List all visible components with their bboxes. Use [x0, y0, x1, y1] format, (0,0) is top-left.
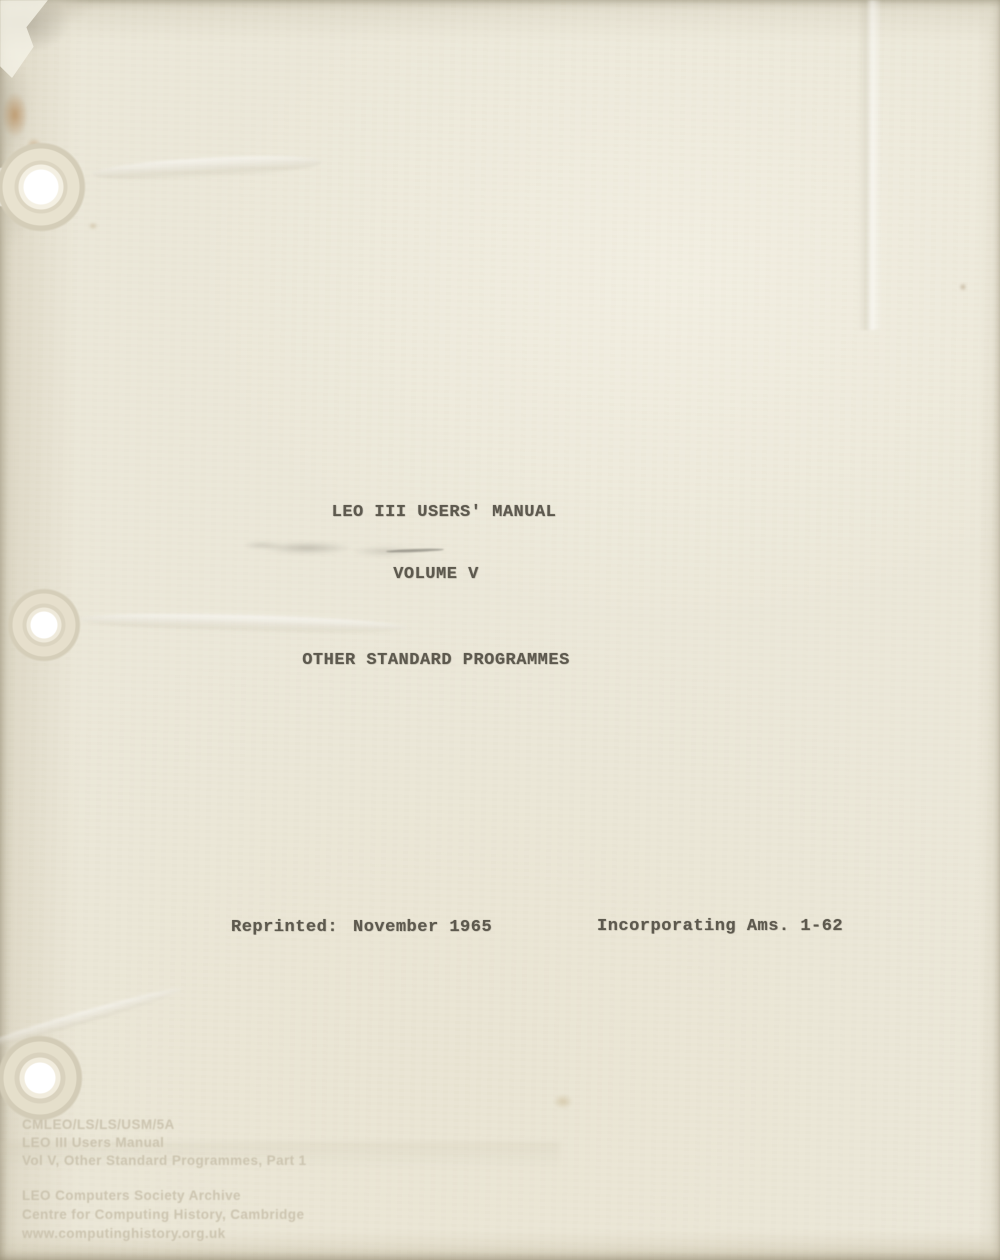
watermark-archive-url: www.computinghistory.org.uk — [22, 1224, 304, 1243]
watermark-doc-volume: Vol V, Other Standard Programmes, Part 1 — [22, 1152, 307, 1170]
watermark-archive-location: Centre for Computing History, Cambridge — [22, 1205, 304, 1224]
document-title: LEO III USERS' MANUAL — [332, 503, 557, 522]
reprint-line: Reprinted: November 1965 — [231, 918, 492, 937]
incorporating-line: Incorporating Ams. 1-62 — [597, 917, 843, 936]
watermark-archive-block: LEO Computers Society Archive Centre for… — [22, 1186, 304, 1243]
watermark-archive-name: LEO Computers Society Archive — [22, 1186, 304, 1205]
watermark-doc-name: LEO III Users Manual — [22, 1134, 307, 1152]
reprint-label: Reprinted: — [231, 918, 338, 937]
reprint-date: November 1965 — [353, 918, 492, 937]
paper-background — [0, 0, 1000, 1260]
document-subtitle: OTHER STANDARD PROGRAMMES — [302, 651, 570, 670]
watermark-catalogue-ref: CMLEO/LS/LS/USM/5A — [22, 1116, 307, 1134]
scanned-document: LEO III USERS' MANUAL VOLUME V OTHER STA… — [0, 0, 1000, 1260]
document-volume: VOLUME V — [393, 565, 479, 584]
watermark-reference-block: CMLEO/LS/LS/USM/5A LEO III Users Manual … — [22, 1116, 307, 1170]
